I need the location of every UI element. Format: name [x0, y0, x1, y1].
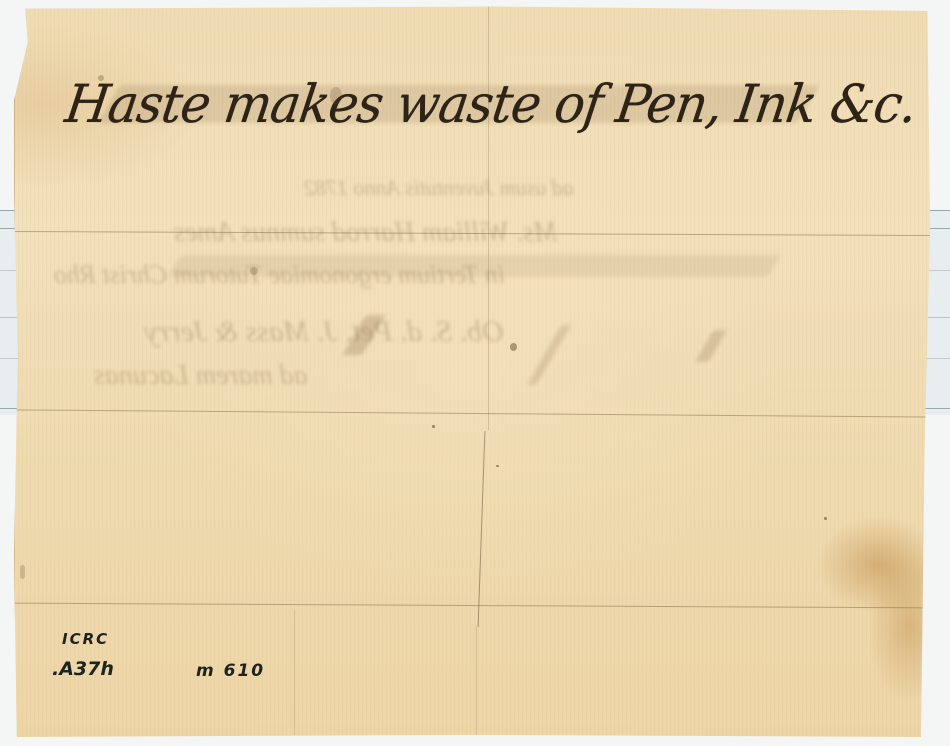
fold-line-horizontal-lower	[14, 603, 932, 609]
foxing-spot	[496, 465, 499, 467]
fold-line-vertical-left	[294, 610, 295, 735]
foxing-spot	[330, 87, 342, 105]
foxing-spot	[250, 267, 258, 275]
fold-crack-vertical	[478, 431, 486, 627]
copybook-heading: Haste makes waste of Pen, Ink &c.	[62, 74, 931, 135]
fold-line-vertical-lower	[476, 627, 477, 737]
paper-document: ad usum Juventutis Anno 1782 Ms. William…	[14, 5, 932, 740]
foxing-spot	[510, 343, 517, 351]
catalog-annotation-line2: .A37h	[52, 658, 114, 680]
catalog-annotation-line1: ICRC	[62, 630, 109, 648]
catalog-annotation-line3: m 610	[196, 661, 265, 681]
foxing-spot	[432, 425, 435, 428]
foxing-spot	[20, 565, 25, 579]
foxing-spot	[824, 517, 827, 520]
foxing-spot	[98, 75, 104, 81]
fold-line-horizontal-middle	[14, 409, 932, 417]
